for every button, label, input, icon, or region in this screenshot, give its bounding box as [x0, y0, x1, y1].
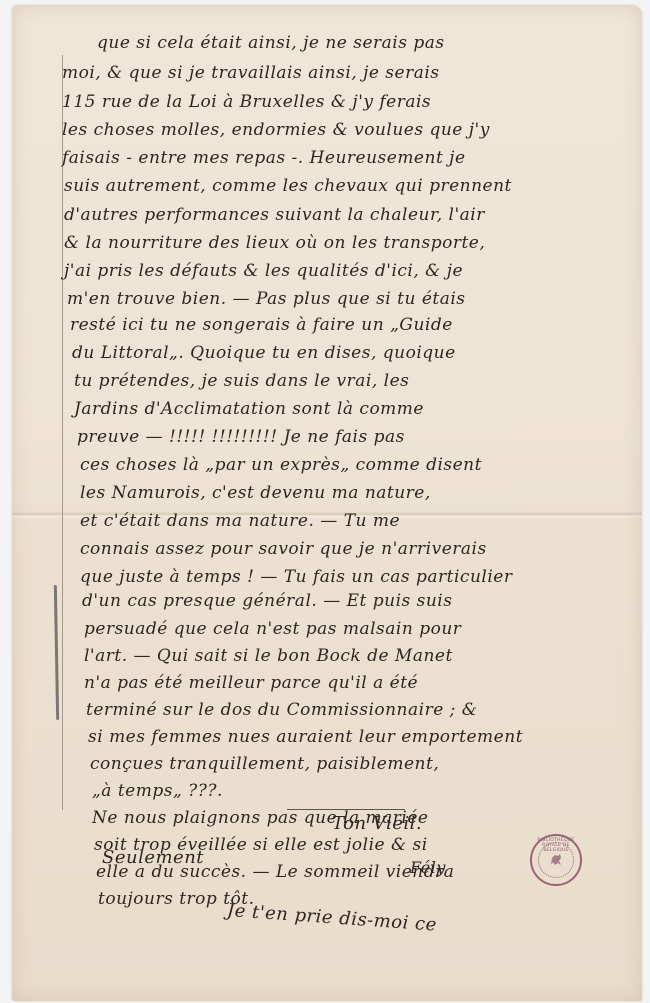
letter-line: ces choses là „par un exprès„ comme dise… [80, 455, 482, 475]
letter-line: Jardins d'Acclimatation sont là comme [74, 399, 424, 419]
letter-line: m'en trouve bien. — Pas plus que si tu é… [67, 289, 466, 309]
postscript-line-2: Je t'en prie dis-moi ce [226, 900, 437, 936]
paper-sheet: que si cela était ainsi, je ne serais pa… [12, 5, 642, 1001]
letter-line: faisais - entre mes repas -. Heureusemen… [62, 148, 466, 168]
postscript-line-1: Seulement [102, 847, 204, 868]
letter-line: que si cela était ainsi, je ne serais pa… [97, 33, 445, 53]
letter-line: d'un cas presque général. — Et puis suis [82, 591, 452, 611]
letter-line: si mes femmes nues auraient leur emporte… [88, 727, 523, 747]
letter-line: „à temps„ ???. [92, 781, 223, 801]
letter-line: et c'était dans ma nature. — Tu me [80, 511, 400, 531]
letter-line: preuve — !!!!! !!!!!!!!! Je ne fais pas [77, 427, 405, 447]
letter-line: l'art. — Qui sait si le bon Bock de Mane… [84, 646, 453, 666]
library-stamp: BIBLIOTHÈQUE ROYALE DE BELGIQUE [530, 834, 582, 886]
stamp-text: BIBLIOTHÈQUE ROYALE DE BELGIQUE [532, 838, 580, 853]
letter-line: resté ici tu ne songerais à faire un „Gu… [70, 315, 453, 335]
letter-line: que juste à temps ! — Tu fais un cas par… [80, 567, 512, 587]
letter-line: n'a pas été meilleur parce qu'il a été [84, 673, 418, 693]
letter-line: les Namurois, c'est devenu ma nature, [80, 483, 431, 503]
letter-line: persuadé que cela n'est pas malsain pour [84, 619, 461, 639]
letter-line: 115 rue de la Loi à Bruxelles & j'y fera… [62, 92, 431, 112]
pencil-margin-mark [54, 585, 59, 720]
letter-line: tu prétendes, je suis dans le vrai, les [74, 371, 409, 391]
letter-line: & la nourriture des lieux où on les tran… [64, 233, 485, 253]
letter-line: conçues tranquillement, paisiblement, [90, 754, 439, 774]
closing-salutation: Ton Vieil. [332, 813, 422, 834]
letter-line: suis autrement, comme les chevaux qui pr… [64, 176, 512, 196]
letter-line: d'autres performances suivant la chaleur… [64, 205, 485, 225]
letter-line: moi, & que si je travaillais ainsi, je s… [62, 63, 440, 83]
closing-rule [287, 809, 405, 810]
letter-line: connais assez pour savoir que je n'arriv… [80, 539, 487, 559]
letter-line: les choses molles, endormies & voulues q… [62, 120, 490, 140]
letter-line: j'ai pris les défauts & les qualités d'i… [64, 261, 463, 281]
signature: Fély [410, 858, 446, 877]
margin-rule-line [62, 55, 63, 810]
scanned-letter-page: que si cela était ainsi, je ne serais pa… [0, 0, 650, 1003]
letter-line: terminé sur le dos du Commissionnaire ; … [86, 700, 477, 720]
letter-line: du Littoral„. Quoique tu en dises, quoiq… [72, 343, 456, 363]
